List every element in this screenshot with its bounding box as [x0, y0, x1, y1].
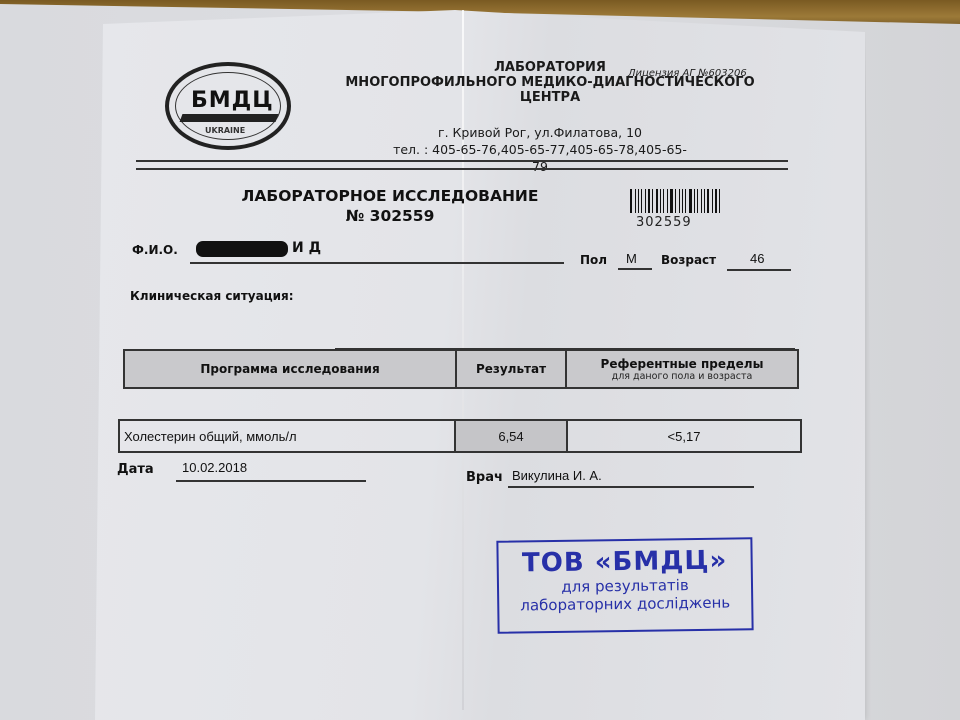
test-name: Холестерин общий, ммоль/л	[120, 421, 456, 451]
header-divider	[136, 160, 788, 170]
date-label: Дата	[117, 462, 154, 477]
barcode-bar	[630, 189, 632, 213]
date-value: 10.02.2018	[182, 460, 247, 475]
barcode-bar	[679, 189, 680, 213]
barcode-bar	[701, 189, 702, 213]
logo-brand: БМДЦ	[191, 88, 274, 113]
age-label: Возраст	[661, 253, 716, 267]
barcode-bar	[667, 189, 669, 213]
lab-title-line-3: ЦЕНТРА	[340, 90, 760, 105]
barcode-bar	[719, 189, 720, 213]
fio-initials: И Д	[292, 240, 321, 256]
document-title-block: ЛАБОРАТОРНОЕ ИССЛЕДОВАНИЕ № 302559	[190, 186, 590, 226]
header-result-label: Результат	[476, 362, 546, 376]
barcode-bar	[704, 189, 705, 213]
fio-underline	[190, 262, 564, 264]
barcode-bar	[638, 189, 640, 213]
barcode-bar	[675, 189, 676, 213]
doctor-value: Викулина И. А.	[512, 468, 602, 483]
sex-underline	[618, 268, 652, 270]
license-number: Лицензия АГ №603206	[628, 68, 747, 79]
redacted-surname	[196, 241, 288, 257]
sex-label: Пол	[580, 253, 607, 267]
doctor-underline	[508, 486, 754, 488]
fio-label: Ф.И.О.	[132, 243, 178, 257]
stamp-line-3: лабораторних досліджень	[499, 593, 751, 615]
barcode-bar	[660, 189, 661, 213]
document-title: ЛАБОРАТОРНОЕ ИССЛЕДОВАНИЕ	[190, 186, 590, 206]
test-reference: <5,17	[568, 421, 800, 451]
header-reference: Референтные пределы для даного пола и во…	[567, 351, 797, 387]
barcode-bar	[641, 189, 642, 213]
lab-logo: БМДЦ UKRAINE	[165, 62, 291, 150]
lab-title: ЛАБОРАТОРИЯ МНОГОПРОФИЛЬНОГО МЕДИКО-ДИАГ…	[340, 60, 760, 105]
barcode-number: 302559	[636, 215, 692, 230]
logo-bar-icon	[180, 114, 279, 122]
barcode-bar	[694, 189, 695, 213]
sex-value: М	[626, 251, 637, 266]
barcode-bar	[689, 189, 692, 213]
document-number: № 302559	[190, 206, 590, 226]
age-underline	[727, 269, 791, 271]
barcode-icon	[630, 189, 722, 213]
stamp-org: ТОВ «БМДЦ»	[498, 545, 750, 579]
doctor-label: Врач	[466, 470, 503, 485]
barcode-bar	[707, 189, 709, 213]
barcode-bar	[652, 189, 653, 213]
barcode-bar	[635, 189, 636, 213]
barcode-bar	[712, 189, 713, 213]
barcode-bar	[648, 189, 651, 213]
header-result: Результат	[457, 351, 567, 387]
barcode-bar	[715, 189, 718, 213]
header-reference-sublabel: для даного пола и возраста	[612, 371, 753, 382]
clinical-situation-label: Клиническая ситуация:	[130, 289, 294, 303]
header-program-label: Программа исследования	[200, 362, 379, 376]
barcode-bar	[670, 189, 673, 213]
logo-country: UKRAINE	[205, 126, 245, 135]
barcode-bar	[656, 189, 658, 213]
lab-stamp: ТОВ «БМДЦ» для результатів лабораторних …	[496, 537, 753, 634]
barcode-bar	[663, 189, 664, 213]
barcode-bar	[645, 189, 646, 213]
test-result: 6,54	[456, 421, 568, 451]
barcode-bar	[685, 189, 686, 213]
header-program: Программа исследования	[125, 351, 457, 387]
table-row: Холестерин общий, ммоль/л 6,54 <5,17	[118, 419, 802, 453]
age-value: 46	[750, 251, 764, 266]
date-underline	[176, 480, 366, 482]
results-table-header: Программа исследования Результат Референ…	[123, 349, 799, 389]
barcode-bar	[682, 189, 684, 213]
barcode-bar	[697, 189, 699, 213]
lab-address: г. Кривой Рог, ул.Филатова, 10	[390, 124, 690, 141]
header-reference-label: Референтные пределы	[601, 357, 764, 371]
